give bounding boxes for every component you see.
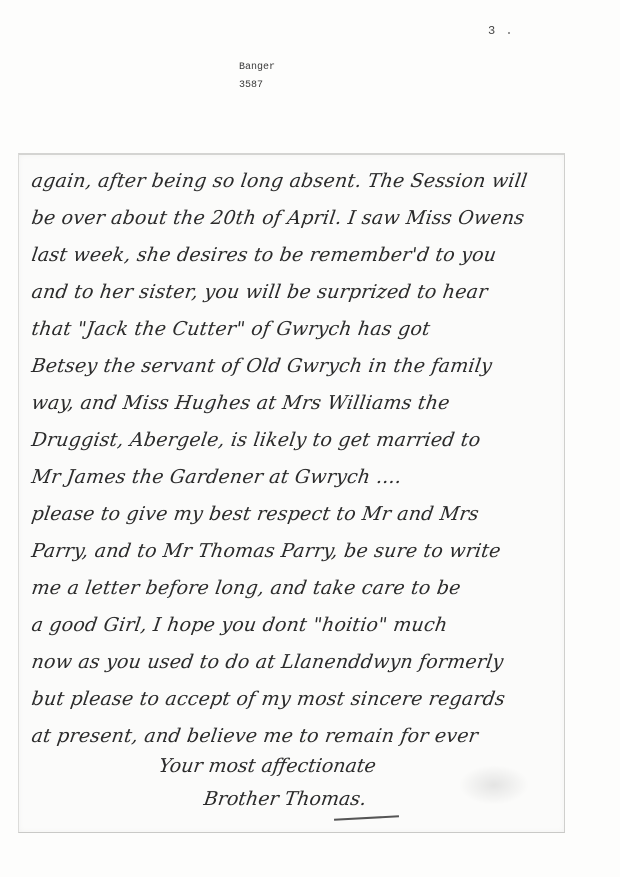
letter-line: a good Girl, I hope you dont "hoitio" mu… [29, 607, 564, 644]
letter-body: again, after being so long absent. The S… [29, 163, 559, 755]
document-page: 3 Banger 3587 again, after being so long… [0, 0, 620, 877]
letter-line: Druggist, Abergele, is likely to get mar… [29, 422, 564, 459]
letter-line: Betsey the servant of Old Gwrych in the … [29, 348, 564, 385]
letter-line: me a letter before long, and take care t… [29, 570, 564, 607]
letter-line: again, after being so long absent. The S… [29, 163, 564, 200]
letter-closing: Your most affectionate [17, 755, 620, 777]
letter-line: at present, and believe me to remain for… [29, 718, 564, 755]
letter-signature: Brother Thomas. [17, 788, 620, 810]
archive-reference: Banger 3587 [239, 59, 275, 95]
letter-line: please to give my best respect to Mr and… [29, 496, 564, 533]
archive-location: Banger [239, 59, 275, 77]
handwritten-letter: again, after being so long absent. The S… [18, 153, 565, 833]
letter-line: way, and Miss Hughes at Mrs Williams the [29, 385, 564, 422]
signature-underline [334, 815, 399, 820]
letter-line: and to her sister, you will be surprized… [29, 274, 564, 311]
page-mark [508, 32, 510, 34]
page-number: 3 [488, 24, 495, 38]
letter-line: last week, she desires to be remember'd … [29, 237, 564, 274]
letter-line: now as you used to do at Llanenddwyn for… [29, 644, 564, 681]
letter-line: Mr James the Gardener at Gwrych .... [29, 459, 564, 496]
letter-line: that "Jack the Cutter" of Gwrych has got [29, 311, 564, 348]
letter-line: but please to accept of my most sincere … [29, 681, 564, 718]
letter-line: be over about the 20th of April. I saw M… [29, 200, 564, 237]
letter-line: Parry, and to Mr Thomas Parry, be sure t… [29, 533, 564, 570]
archive-number: 3587 [239, 77, 275, 95]
